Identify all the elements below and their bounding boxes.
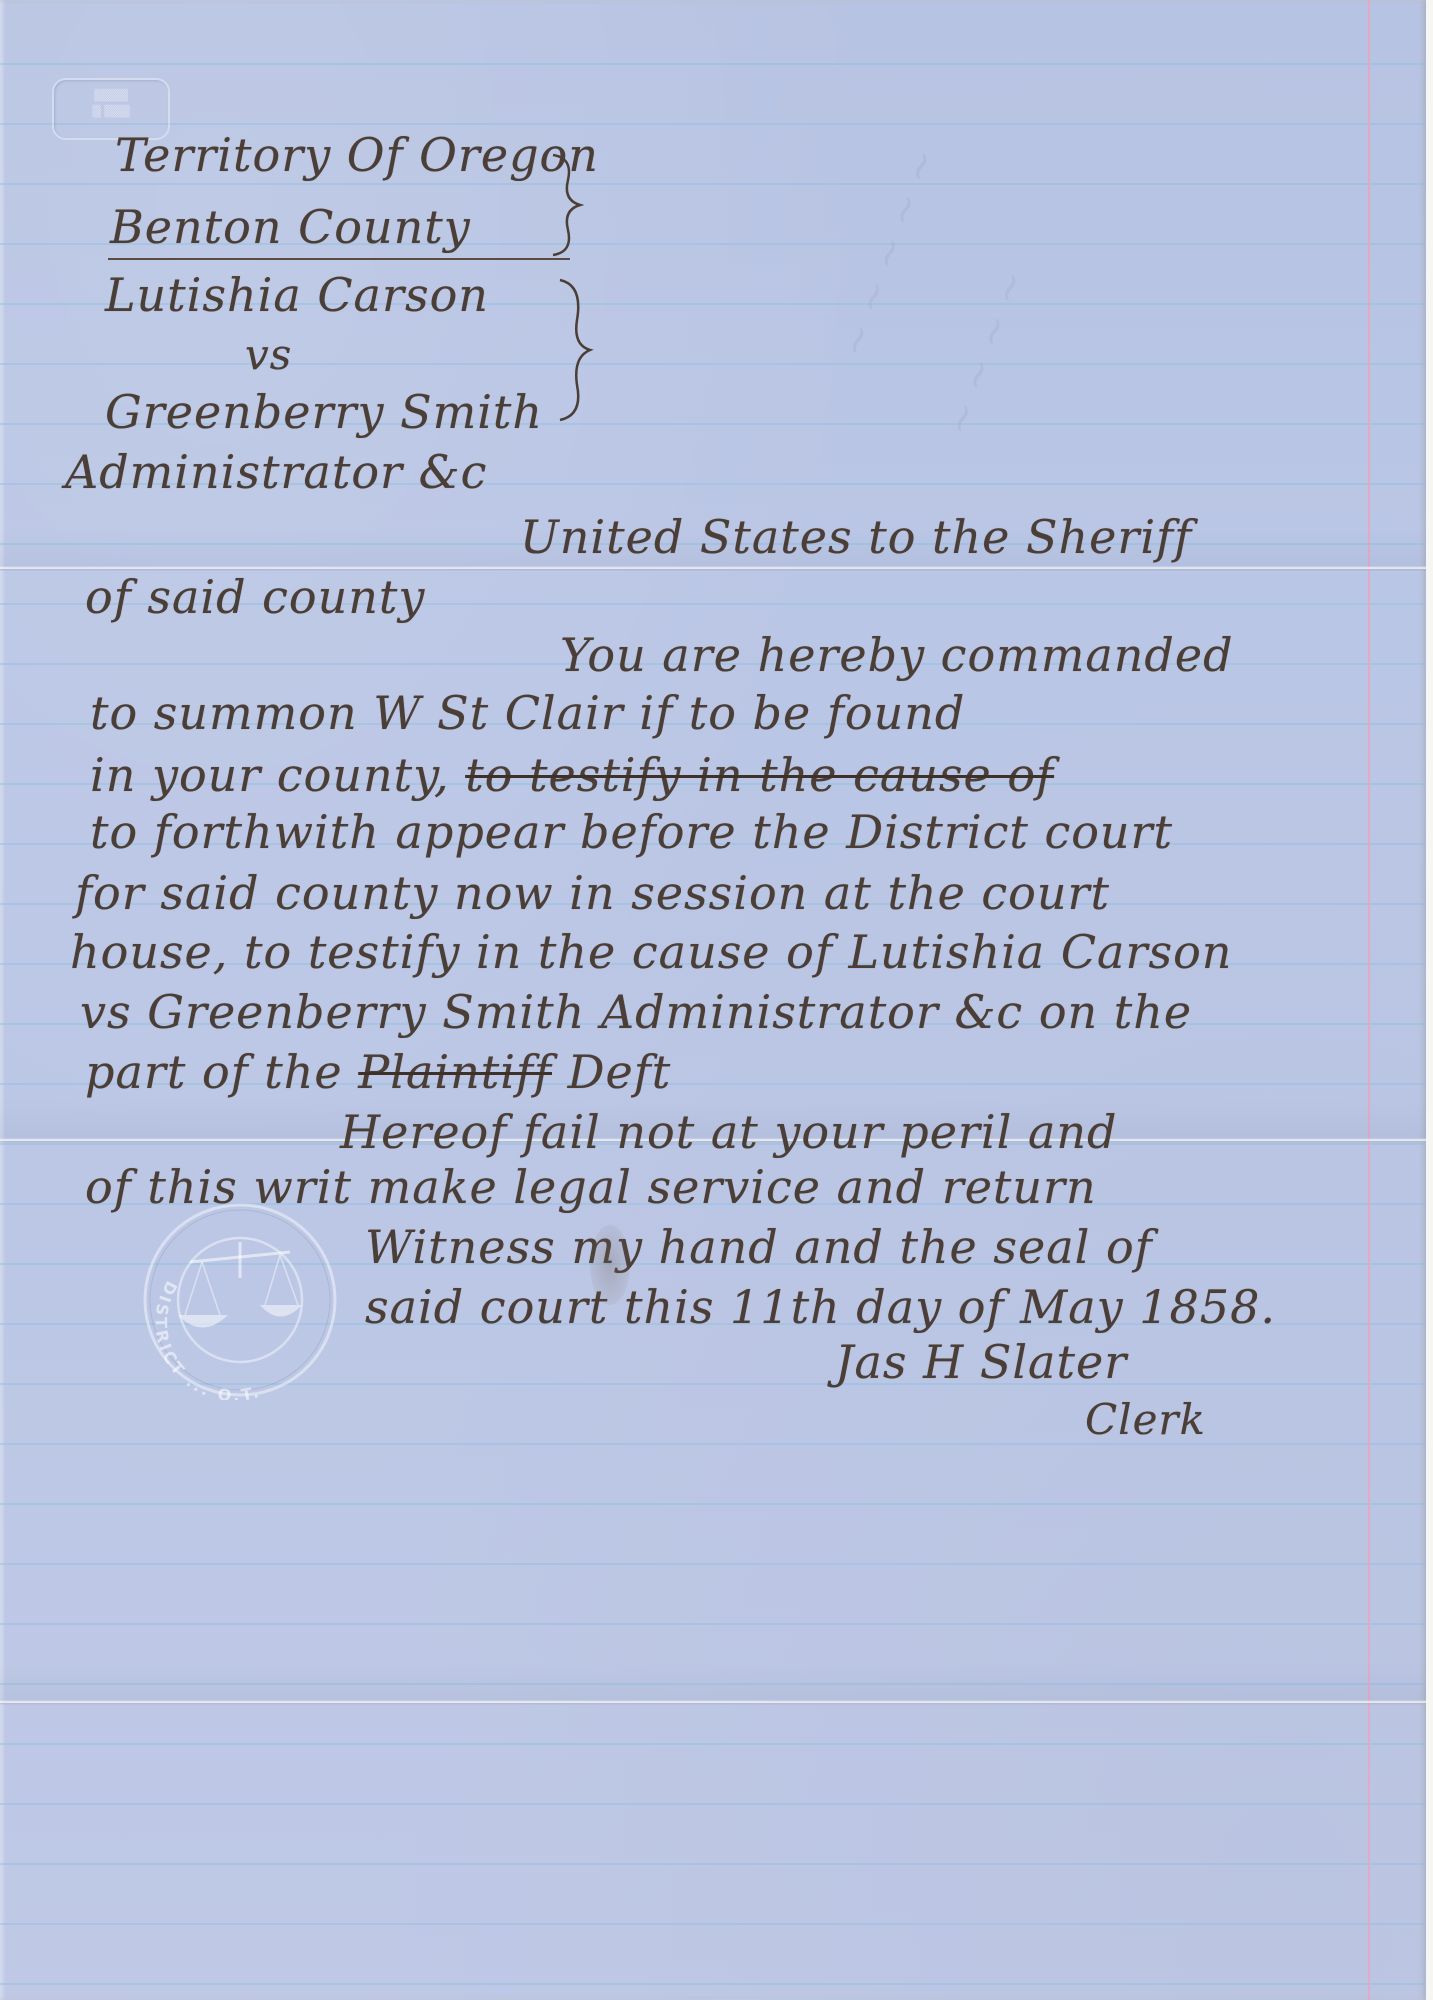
ruled-line <box>0 1623 1426 1625</box>
clerk-title: Clerk <box>1085 1395 1206 1444</box>
brace-icon <box>548 150 588 260</box>
body-line-11: Hereof fail not at your peril and <box>340 1105 1117 1159</box>
ruled-line <box>0 1923 1426 1925</box>
brace-icon <box>555 275 595 425</box>
body-line-10-b: Deft <box>568 1045 672 1099</box>
ruled-line <box>0 123 1426 125</box>
body-line-5: in your county, to testify in the cause … <box>90 748 1054 802</box>
body-line-13: Witness my hand and the seal of <box>365 1220 1153 1274</box>
seal-text: DISTRICT ... O.T. <box>151 1278 263 1400</box>
scan-edge <box>1426 0 1433 2000</box>
caption-territory: Territory Of Oregon <box>115 128 599 182</box>
ruled-line <box>0 1863 1426 1865</box>
ruled-line <box>0 1503 1426 1505</box>
body-line-6: to forthwith appear before the District … <box>90 805 1173 859</box>
maker-stamp-text: ▒▒▒▒▒ ▒▒▒ <box>54 88 168 120</box>
ruled-line <box>0 1743 1426 1745</box>
ruled-line <box>0 1983 1426 1985</box>
body-line-9: vs Greenberry Smith Administrator &c on … <box>80 985 1192 1039</box>
body-line-3: You are hereby commanded <box>560 628 1234 682</box>
ruled-line <box>0 1563 1426 1565</box>
caption-defendant: Greenberry Smith <box>105 385 543 439</box>
body-line-1: United States to the Sheriff <box>520 510 1192 564</box>
ink-stain <box>590 1225 630 1305</box>
struck-text: Plaintiff <box>358 1045 552 1099</box>
caption-divider <box>108 258 570 260</box>
body-line-7: for said county now in session at the co… <box>75 866 1110 920</box>
ruled-line <box>0 1443 1426 1445</box>
ruled-line <box>0 183 1426 185</box>
body-line-4: to summon W St Clair if to be found <box>90 686 965 740</box>
ruled-line <box>0 63 1426 65</box>
caption-plaintiff: Lutishia Carson <box>105 268 489 322</box>
fold-crease <box>0 1700 1426 1705</box>
caption-county: Benton County <box>110 200 471 254</box>
body-line-2: of said county <box>85 570 425 624</box>
clerk-signature: Jas H Slater <box>835 1335 1127 1389</box>
svg-text:DISTRICT ... O.T.: DISTRICT ... O.T. <box>151 1278 263 1400</box>
body-line-8: house, to testify in the cause of Lutish… <box>70 925 1232 979</box>
caption-versus: vs <box>245 330 292 379</box>
caption-administrator: Administrator &c <box>65 445 487 499</box>
ruled-line <box>0 363 1426 365</box>
body-line-14: said court this 11th day of May 1858. <box>365 1280 1276 1334</box>
ruled-line <box>0 1803 1426 1805</box>
body-line-10: part of the Plaintiff Deft <box>85 1045 671 1099</box>
fold-shade <box>0 1662 1426 1702</box>
court-seal-icon: DISTRICT ... O.T. <box>140 1200 340 1400</box>
struck-text: to testify in the cause of <box>465 748 1054 802</box>
body-line-5-kept: in your county <box>90 748 434 802</box>
body-line-10-a: part of the <box>85 1045 343 1099</box>
